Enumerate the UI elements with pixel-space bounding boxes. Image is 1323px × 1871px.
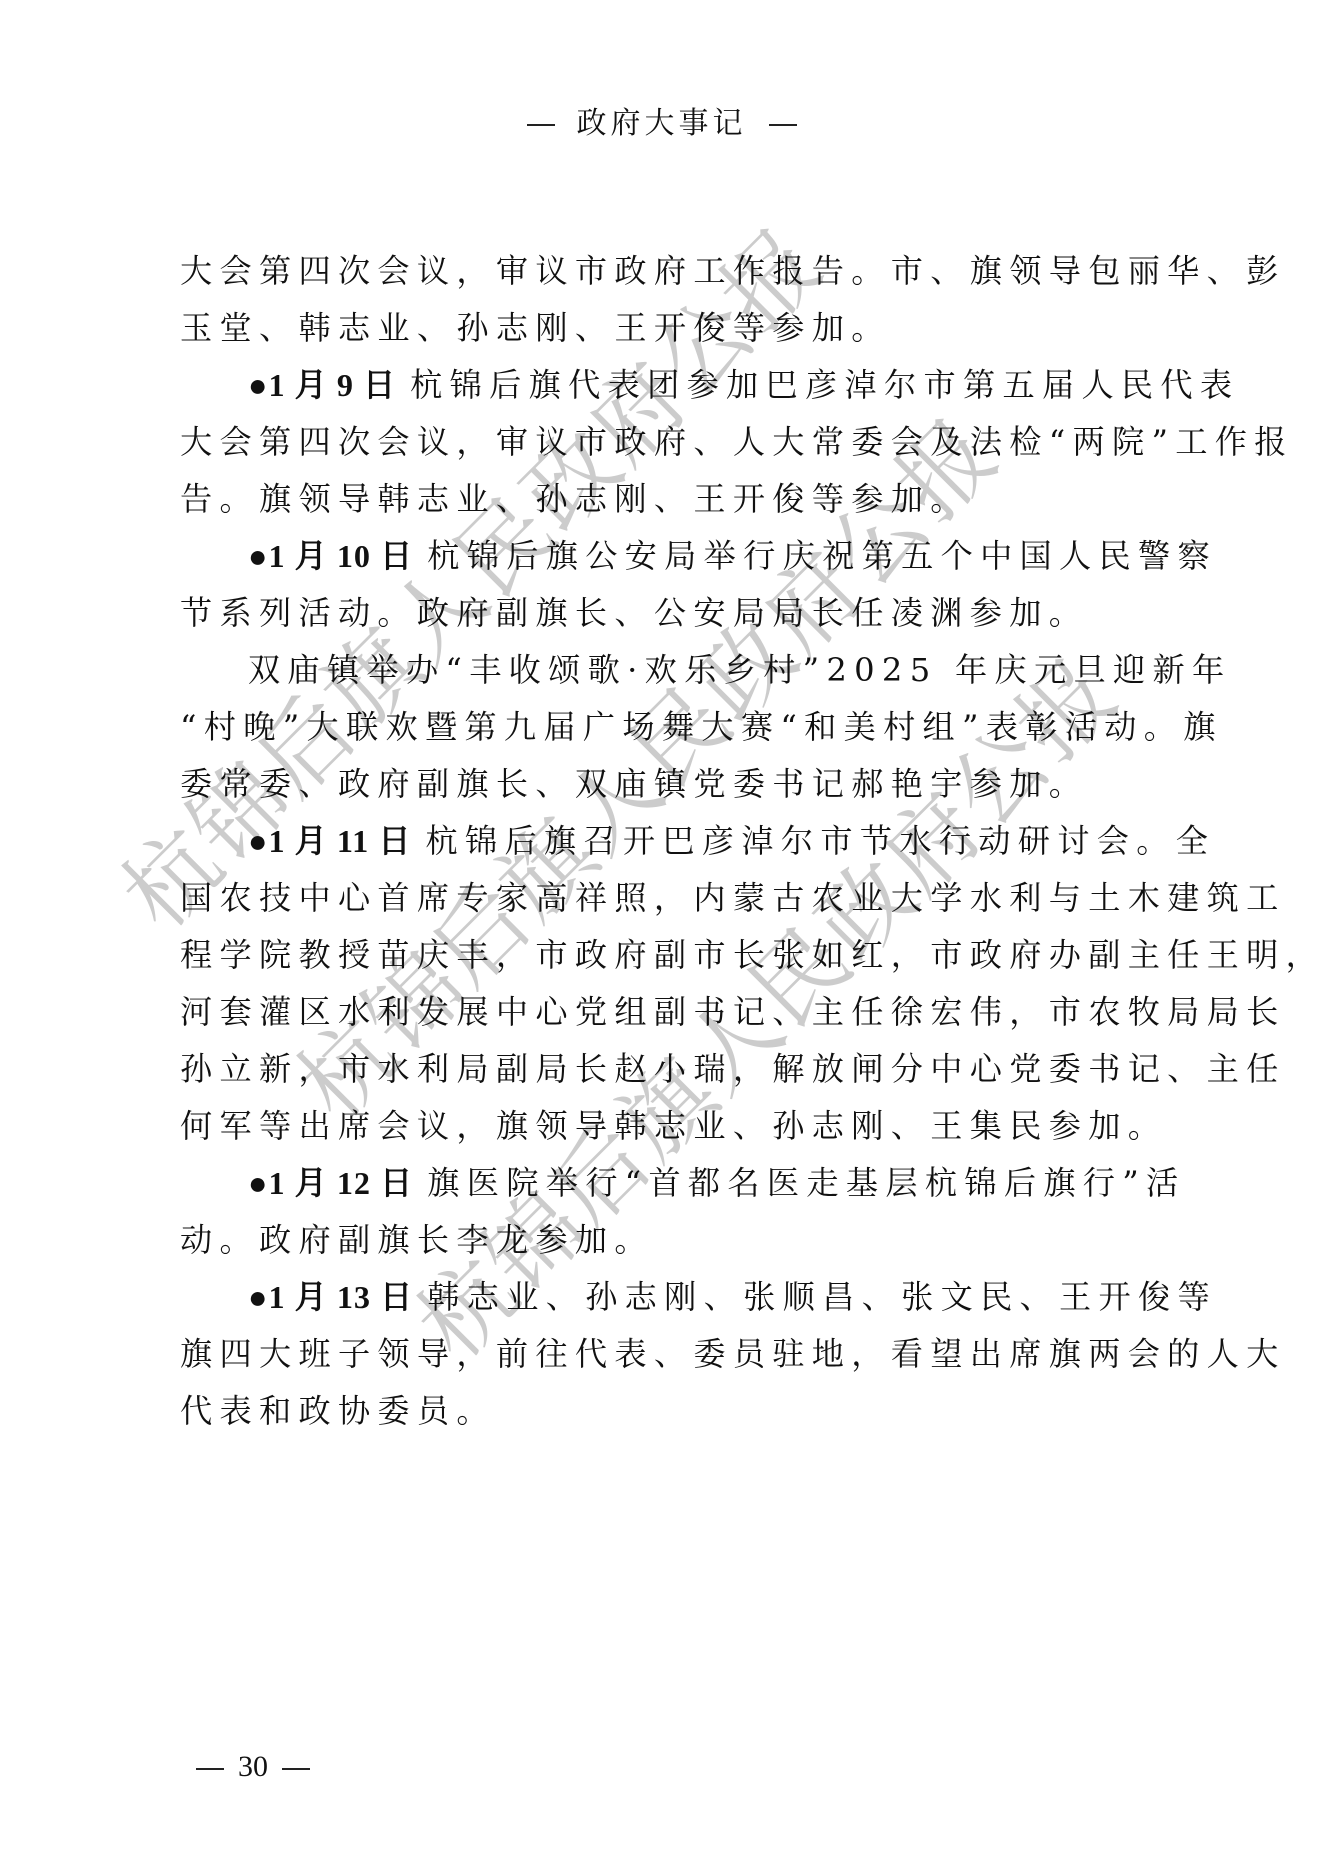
text-line: 双庙镇举办“丰收颂歌·欢乐乡村”2025 年庆元旦迎新年: [180, 642, 1165, 699]
line-text: 杭锦后旗代表团参加巴彦淖尔市第五届人民代表: [410, 366, 1239, 404]
text-line: 代表和政协委员。: [180, 1383, 1165, 1440]
entry-date: ●1 月 13 日: [248, 1279, 413, 1315]
text-line: 程学院教授苗庆丰，市政府副市长张如红，市政府办副主任王明，: [180, 927, 1165, 984]
entry-date: ●1 月 12 日: [248, 1165, 413, 1201]
line-text: 玉堂、韩志业、孙志刚、王开俊等参加。: [180, 309, 891, 347]
line-text: 程学院教授苗庆丰，市政府副市长张如红，市政府办副主任王明，: [180, 936, 1323, 974]
line-text: 旗医院举行“首都名医走基层杭锦后旗行”活: [427, 1164, 1185, 1202]
line-text: 何军等出席会议，旗领导韩志业、孙志刚、王集民参加。: [180, 1107, 1167, 1145]
line-text: 韩志业、孙志刚、张顺昌、张文民、王开俊等: [427, 1278, 1217, 1316]
footer-dash-right: [282, 1768, 310, 1770]
text-line: 节系列活动。政府副旗长、公安局局长任凌渊参加。: [180, 585, 1165, 642]
header-title: 政府大事记: [577, 106, 747, 141]
header-dash-left: [527, 124, 555, 126]
text-line: 旗四大班子领导，前往代表、委员驻地，看望出席旗两会的人大: [180, 1326, 1165, 1383]
line-text: 孙立新，市水利局副局长赵小瑞，解放闸分中心党委书记、主任: [180, 1050, 1286, 1088]
text-line: ●1 月 10 日杭锦后旗公安局举行庆祝第五个中国人民警察: [180, 528, 1165, 585]
header-dash-right: [769, 124, 797, 126]
line-text: “村晚”大联欢暨第九届广场舞大赛“和美村组”表彰活动。旗: [180, 708, 1223, 746]
text-line: ●1 月 11 日杭锦后旗召开巴彦淖尔市节水行动研讨会。全: [180, 813, 1165, 870]
text-line: ●1 月 9 日杭锦后旗代表团参加巴彦淖尔市第五届人民代表: [180, 357, 1165, 414]
text-line: 玉堂、韩志业、孙志刚、王开俊等参加。: [180, 300, 1165, 357]
line-text: 河套灌区水利发展中心党组副书记、主任徐宏伟，市农牧局局长: [180, 993, 1286, 1031]
line-text: 大会第四次会议，审议市政府工作报告。市、旗领导包丽华、彭: [180, 252, 1286, 290]
line-text: 杭锦后旗召开巴彦淖尔市节水行动研讨会。全: [425, 822, 1215, 860]
text-line: 大会第四次会议，审议市政府、人大常委会及法检“两院”工作报: [180, 414, 1165, 471]
text-line: ●1 月 12 日旗医院举行“首都名医走基层杭锦后旗行”活: [180, 1155, 1165, 1212]
line-text: 旗四大班子领导，前往代表、委员驻地，看望出席旗两会的人大: [180, 1335, 1286, 1373]
page-number: 30: [238, 1750, 268, 1783]
entry-date: ●1 月 10 日: [248, 538, 413, 574]
document-body: 大会第四次会议，审议市政府工作报告。市、旗领导包丽华、彭玉堂、韩志业、孙志刚、王…: [180, 243, 1165, 1440]
text-line: 国农技中心首席专家高祥照，内蒙古农业大学水利与土木建筑工: [180, 870, 1165, 927]
page-footer: 30: [182, 1750, 324, 1784]
text-line: ●1 月 13 日韩志业、孙志刚、张顺昌、张文民、王开俊等: [180, 1269, 1165, 1326]
text-line: 何军等出席会议，旗领导韩志业、孙志刚、王集民参加。: [180, 1098, 1165, 1155]
line-text: 动。政府副旗长李龙参加。: [180, 1221, 654, 1259]
line-text: 告。旗领导韩志业、孙志刚、王开俊等参加。: [180, 480, 970, 518]
line-text: 大会第四次会议，审议市政府、人大常委会及法检“两院”工作报: [180, 423, 1294, 461]
footer-dash-left: [196, 1768, 224, 1770]
text-line: 动。政府副旗长李龙参加。: [180, 1212, 1165, 1269]
text-line: 大会第四次会议，审议市政府工作报告。市、旗领导包丽华、彭: [180, 243, 1165, 300]
entry-date: ●1 月 11 日: [248, 823, 411, 859]
text-line: 告。旗领导韩志业、孙志刚、王开俊等参加。: [180, 471, 1165, 528]
text-line: 河套灌区水利发展中心党组副书记、主任徐宏伟，市农牧局局长: [180, 984, 1165, 1041]
text-line: “村晚”大联欢暨第九届广场舞大赛“和美村组”表彰活动。旗: [180, 699, 1165, 756]
text-line: 孙立新，市水利局副局长赵小瑞，解放闸分中心党委书记、主任: [180, 1041, 1165, 1098]
line-text: 国农技中心首席专家高祥照，内蒙古农业大学水利与土木建筑工: [180, 879, 1286, 917]
entry-date: ●1 月 9 日: [248, 367, 396, 403]
line-text: 委常委、政府副旗长、双庙镇党委书记郝艳宇参加。: [180, 765, 1088, 803]
line-text: 代表和政协委员。: [180, 1392, 496, 1430]
line-text: 双庙镇举办“丰收颂歌·欢乐乡村”2025 年庆元旦迎新年: [248, 651, 1231, 689]
page-header: 政府大事记: [0, 98, 1323, 142]
text-line: 委常委、政府副旗长、双庙镇党委书记郝艳宇参加。: [180, 756, 1165, 813]
line-text: 节系列活动。政府副旗长、公安局局长任凌渊参加。: [180, 594, 1088, 632]
line-text: 杭锦后旗公安局举行庆祝第五个中国人民警察: [427, 537, 1217, 575]
